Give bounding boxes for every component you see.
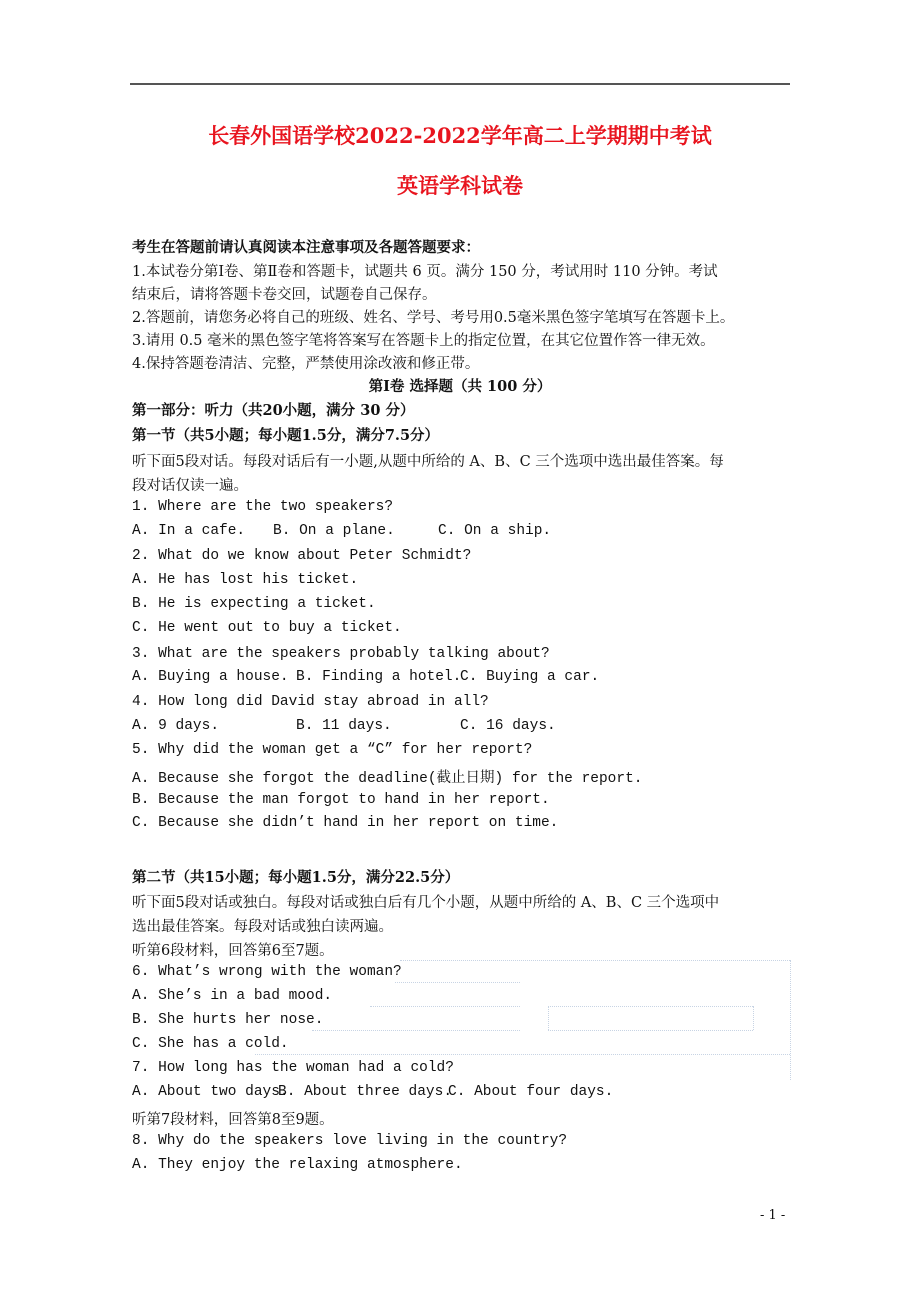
page-number: - 1 -	[760, 1208, 785, 1223]
question-6-option-c: C. She has a cold.	[132, 1036, 289, 1052]
section1-directions: 段对话仅读一遍。	[132, 474, 248, 495]
option-c: C. About four days.	[448, 1084, 613, 1100]
volume1-heading: 第Ⅰ卷 选择题（共 100 分）	[0, 375, 920, 396]
question-2-option-c: C. He went out to buy a ticket.	[132, 620, 402, 636]
section2-directions: 听下面5段对话或独白。每段对话或独白后有几个小题，从题中所给的 A、B、C 三个…	[132, 891, 719, 912]
section2-directions: 选出最佳答案。每段对话或独白读两遍。	[132, 915, 393, 936]
question-5-option-a: A. Because she forgot the deadline(截止日期)…	[132, 766, 642, 787]
ghost-line	[395, 982, 520, 983]
option-b: B. About three days.	[278, 1084, 448, 1100]
option-c: C. Buying a car.	[460, 669, 599, 685]
question-8: 8. Why do the speakers love living in th…	[132, 1133, 567, 1149]
option-a: A. Buying a house.	[132, 669, 296, 685]
ghost-line	[255, 1054, 790, 1055]
question-8-option-a: A. They enjoy the relaxing atmosphere.	[132, 1157, 463, 1173]
exam-subtitle: 英语学科试卷	[0, 170, 920, 200]
ghost-line	[548, 1030, 753, 1031]
instruction-item: 2.答题前，请您务必将自己的班级、姓名、学号、考号用0.5毫米黑色签字笔填写在答…	[132, 306, 734, 327]
question-2-option-b: B. He is expecting a ticket.	[132, 596, 376, 612]
option-b: B. Finding a hotel.	[296, 669, 460, 685]
question-4: 4. How long did David stay abroad in all…	[132, 694, 489, 710]
question-3-options: A. Buying a house.B. Finding a hotel.C. …	[132, 669, 599, 685]
material-6-instruction: 听第6段材料，回答第6至7题。	[132, 939, 334, 960]
question-2-option-a: A. He has lost his ticket.	[132, 572, 358, 588]
ghost-line	[548, 1006, 753, 1007]
question-3: 3. What are the speakers probably talkin…	[132, 646, 550, 662]
option-c: C. 16 days.	[460, 718, 556, 734]
exam-page: 长春外国语学校2022-2022学年高二上学期期中考试 英语学科试卷 考生在答题…	[0, 0, 920, 1302]
question-6: 6. What’s wrong with the woman?	[132, 964, 402, 980]
exam-title: 长春外国语学校2022-2022学年高二上学期期中考试	[0, 120, 920, 150]
part1-heading: 第一部分：听力（共20小题，满分 30 分）	[132, 399, 414, 420]
ghost-line	[312, 1030, 520, 1031]
question-6-option-a: A. She’s in a bad mood.	[132, 988, 332, 1004]
option-c: C. On a ship.	[438, 523, 551, 539]
section1-directions: 听下面5段对话。每段对话后有一小题,从题中所给的 A、B、C 三个选项中选出最佳…	[132, 450, 724, 471]
question-7: 7. How long has the woman had a cold?	[132, 1060, 454, 1076]
question-6-option-b: B. She hurts her nose.	[132, 1012, 323, 1028]
question-7-options: A. About two days.B. About three days.C.…	[132, 1084, 613, 1100]
ghost-line	[548, 1006, 549, 1030]
option-b: B. On a plane.	[273, 523, 438, 539]
instruction-item: 结束后，请将答题卡卷交回，试题卷自己保存。	[132, 283, 437, 304]
ghost-line	[370, 1006, 520, 1007]
question-1: 1. Where are the two speakers?	[132, 499, 393, 515]
instructions-heading: 考生在答题前请认真阅读本注意事项及各题答题要求：	[132, 236, 480, 257]
option-a: A. About two days.	[132, 1084, 278, 1100]
ghost-line	[400, 960, 790, 961]
ghost-line	[753, 1006, 754, 1030]
question-4-options: A. 9 days.B. 11 days.C. 16 days.	[132, 718, 556, 734]
ghost-line	[790, 960, 791, 1080]
section1-heading: 第一节（共5小题；每小题1.5分，满分7.5分）	[132, 424, 439, 445]
option-b: B. 11 days.	[296, 718, 460, 734]
header-rule	[130, 83, 790, 85]
option-a: A. 9 days.	[132, 718, 296, 734]
question-2: 2. What do we know about Peter Schmidt?	[132, 548, 471, 564]
question-5: 5. Why did the woman get a “C” for her r…	[132, 742, 532, 758]
instruction-item: 3.请用 0.5 毫米的黑色签字笔将答案写在答题卡上的指定位置，在其它位置作答一…	[132, 329, 715, 350]
instruction-item: 1.本试卷分第Ⅰ卷、第Ⅱ卷和答题卡，试题共 6 页。满分 150 分，考试用时 …	[132, 260, 718, 281]
section2-heading: 第二节（共15小题；每小题1.5分，满分22.5分）	[132, 866, 459, 887]
question-5-option-b: B. Because the man forgot to hand in her…	[132, 792, 550, 808]
material-7-instruction: 听第7段材料，回答第8至9题。	[132, 1108, 334, 1129]
instruction-item: 4.保持答题卷清洁、完整，严禁使用涂改液和修正带。	[132, 352, 479, 373]
question-1-options: A. In a cafe.B. On a plane.C. On a ship.	[132, 523, 551, 539]
option-a: A. In a cafe.	[132, 523, 273, 539]
question-5-option-c: C. Because she didn’t hand in her report…	[132, 815, 558, 831]
